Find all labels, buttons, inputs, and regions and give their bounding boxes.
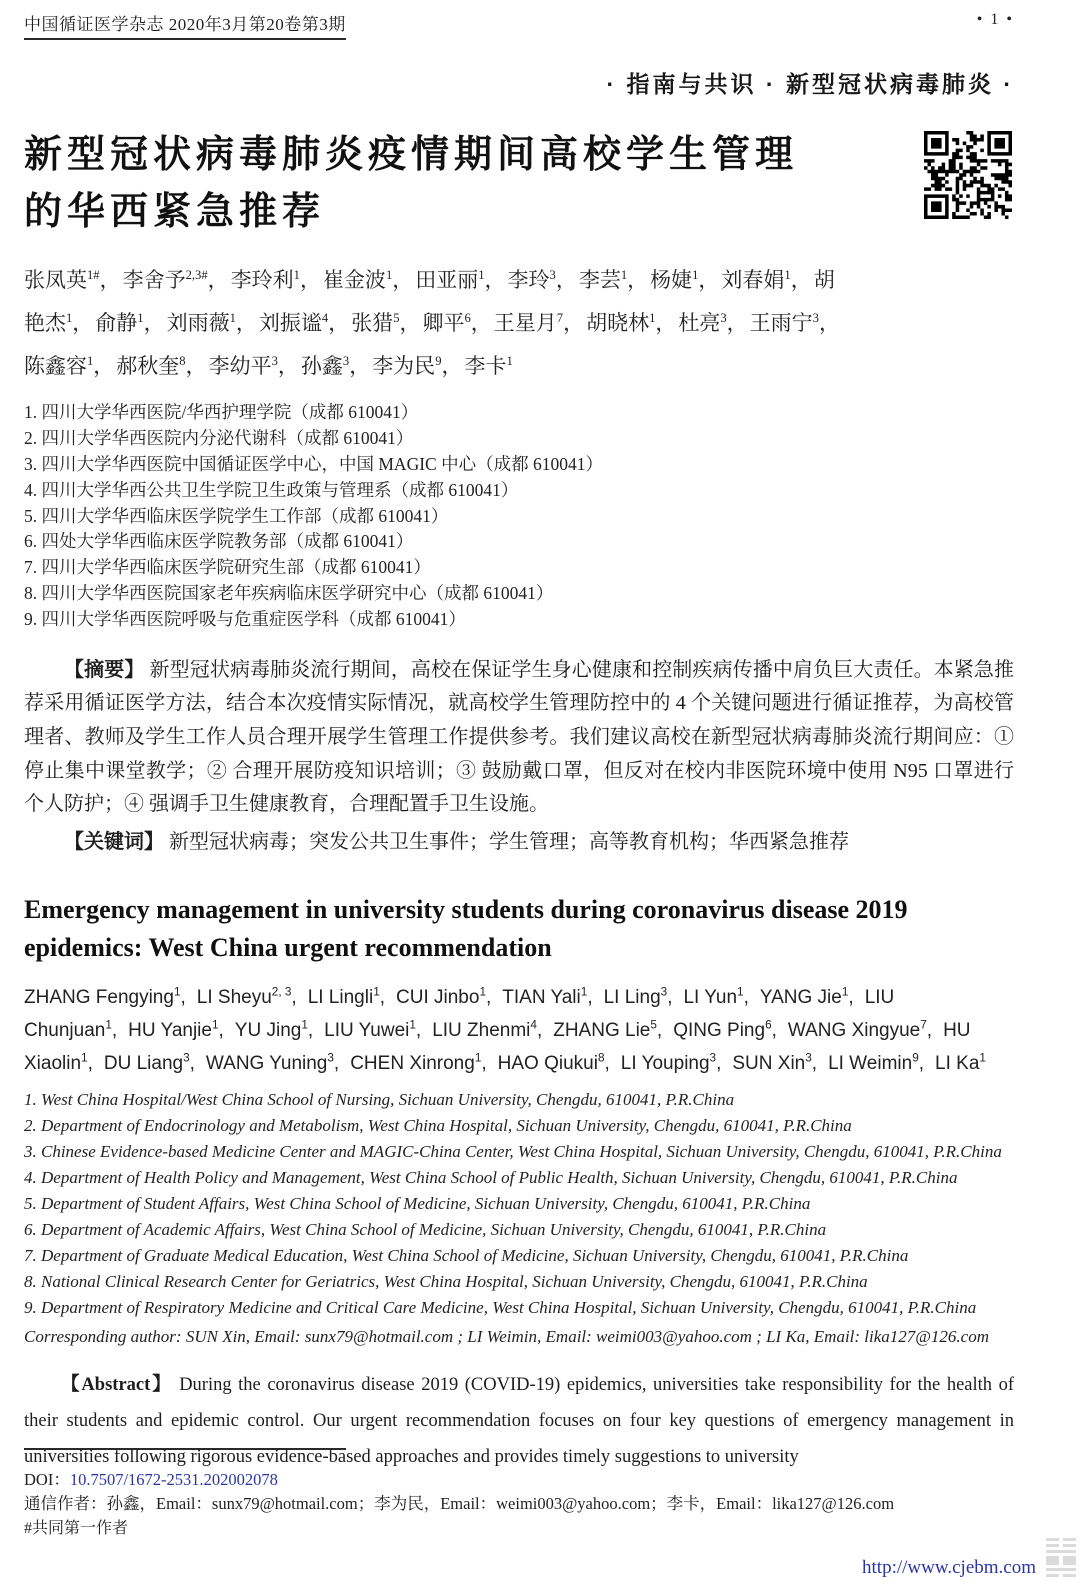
author-name: LI Youping3, <box>621 1053 733 1074</box>
author-name: CUI Jinbo1, <box>396 987 502 1008</box>
author-name: LI Sheyu2, 3, <box>197 987 308 1008</box>
author-name: 杜亮3， <box>678 311 749 335</box>
affiliation-item-en: 9. Department of Respiratory Medicine an… <box>24 1296 1014 1321</box>
author-name: ZHANG Fengying1, <box>24 987 197 1008</box>
affiliation-item-en: 7. Department of Graduate Medical Educat… <box>24 1244 1014 1269</box>
abstract-cn: 【摘要】 新型冠状病毒肺炎流行期间，高校在保证学生身心健康和控制疾病传播中肩负巨… <box>24 654 1014 822</box>
author-name: 张猎5， <box>351 311 422 335</box>
author-name: LIU Zhenmi4, <box>432 1020 553 1041</box>
affiliation-item-en: 6. Department of Academic Affairs, West … <box>24 1218 1014 1243</box>
author-name: CHEN Xinrong1, <box>350 1053 497 1074</box>
affiliation-item: 9. 四川大学华西医院呼吸与危重症医学科（成都 610041） <box>24 607 1014 632</box>
author-name: QING Ping6, <box>673 1020 788 1041</box>
author-name: HAO Qiukui8, <box>498 1053 621 1074</box>
affiliation-item: 5. 四川大学华西临床医学院学生工作部（成都 610041） <box>24 504 1014 529</box>
author-name: LI Lingli1, <box>308 987 396 1008</box>
journal-seal-watermark-icon <box>1044 1536 1078 1585</box>
author-name: 李舍予2,3#， <box>123 268 231 292</box>
author-name: 刘春娟1， <box>721 268 813 292</box>
author-name: 俞静1， <box>95 311 166 335</box>
journal-name: 中国循证医学杂志 2020年3月第20卷第3期 <box>24 10 346 40</box>
affiliation-item-en: 5. Department of Student Affairs, West C… <box>24 1192 1014 1217</box>
author-name: 李玲利1， <box>231 268 323 292</box>
abstract-label-cn: 【摘要】 <box>64 659 144 681</box>
author-name: TIAN Yali1, <box>502 987 603 1008</box>
corresponding-line-cn: 通信作者：孙鑫，Email：sunx79@hotmail.com；李为民，Ema… <box>24 1492 1014 1517</box>
footnotes: DOI：10.7507/1672-2531.202002078 通信作者：孙鑫，… <box>24 1448 1014 1542</box>
keywords-cn: 【关键词】 新型冠状病毒；突发公共卫生事件；学生管理；高等教育机构；华西紧急推荐 <box>24 826 1014 860</box>
doi-line: DOI：10.7507/1672-2531.202002078 <box>24 1468 1014 1493</box>
author-name: 刘雨薇1， <box>167 311 259 335</box>
article-title-cn: 新型冠状病毒肺炎疫情期间高校学生管理的华西紧急推荐 <box>24 127 804 241</box>
affiliations-en: 1. West China Hospital/West China School… <box>24 1088 1014 1321</box>
page-number: • 1 • <box>977 10 1014 29</box>
author-name: 李芸1， <box>579 268 650 292</box>
author-name: 卿平6， <box>422 311 493 335</box>
author-name: LI Ka1 <box>935 1053 986 1074</box>
author-name: 郝秋奎8， <box>116 354 208 378</box>
author-name: 李卡1 <box>464 354 512 378</box>
journal-website-link[interactable]: http://www.cjebm.com <box>862 1557 1036 1579</box>
author-name: 胡晓林1， <box>586 311 678 335</box>
keywords-label-cn: 【关键词】 <box>64 831 164 853</box>
affiliation-item-en: 2. Department of Endocrinology and Metab… <box>24 1114 1014 1139</box>
author-name: WANG Xingyue7, <box>788 1020 943 1041</box>
author-name: LI Weimin9, <box>828 1053 935 1074</box>
author-name: 田亚丽1， <box>415 268 507 292</box>
author-name: 杨婕1， <box>650 268 721 292</box>
affiliation-item: 2. 四川大学华西医院内分泌代谢科（成都 610041） <box>24 426 1014 451</box>
affiliation-item: 6. 四处大学华西临床医学院教务部（成都 610041） <box>24 529 1014 554</box>
affiliation-item: 3. 四川大学华西医院中国循证医学中心，中国 MAGIC 中心（成都 61004… <box>24 452 1014 477</box>
qr-code-icon <box>924 131 1012 219</box>
author-name: LIU Yuwei1, <box>324 1020 432 1041</box>
affiliation-item-en: 3. Chinese Evidence-based Medicine Cente… <box>24 1140 1014 1165</box>
affiliation-item: 7. 四川大学华西临床医学院研究生部（成都 610041） <box>24 555 1014 580</box>
article-title-en: Emergency management in university stude… <box>24 891 954 966</box>
affiliation-item-en: 4. Department of Health Policy and Manag… <box>24 1166 1014 1191</box>
abstract-label-en: 【Abstract】 <box>61 1375 173 1395</box>
keywords-text-cn: 新型冠状病毒；突发公共卫生事件；学生管理；高等教育机构；华西紧急推荐 <box>164 831 849 853</box>
affiliation-item-en: 8. National Clinical Research Center for… <box>24 1270 1014 1295</box>
authors-cn: 张凤英1#，李舍予2,3#，李玲利1，崔金波1，田亚丽1，李玲3，李芸1，杨婕1… <box>24 259 854 388</box>
footnote-divider <box>24 1448 346 1450</box>
section-label: · 指南与共识 · 新型冠状病毒肺炎 · <box>24 66 1014 99</box>
doi-link[interactable]: 10.7507/1672-2531.202002078 <box>70 1470 278 1489</box>
author-name: 陈鑫容1， <box>24 354 116 378</box>
doi-label: DOI： <box>24 1470 70 1489</box>
author-name: YANG Jie1, <box>760 987 865 1008</box>
author-name: 李玲3， <box>508 268 579 292</box>
page-header: 中国循证医学杂志 2020年3月第20卷第3期 • 1 • <box>24 10 1014 40</box>
abstract-text-cn: 新型冠状病毒肺炎流行期间，高校在保证学生身心健康和控制疾病传播中肩负巨大责任。本… <box>24 659 1014 815</box>
journal-page: 中国循证医学杂志 2020年3月第20卷第3期 • 1 • · 指南与共识 · … <box>0 0 1080 1587</box>
author-name: LI Yun1, <box>683 987 759 1008</box>
author-name: LI Ling3, <box>604 987 684 1008</box>
author-name: YU Jing1, <box>235 1020 324 1041</box>
affiliation-item: 8. 四川大学华西医院国家老年疾病临床医学研究中心（成都 610041） <box>24 581 1014 606</box>
author-name: 张凤英1#， <box>24 268 123 292</box>
corresponding-author-en: Corresponding author: SUN Xin, Email: su… <box>24 1327 1014 1347</box>
author-name: ZHANG Lie5, <box>553 1020 673 1041</box>
author-name: 李为民9， <box>372 354 464 378</box>
author-name: HU Yanjie1, <box>128 1020 235 1041</box>
author-name: 李幼平3， <box>209 354 301 378</box>
author-name: SUN Xin3, <box>732 1053 828 1074</box>
affiliation-item: 1. 四川大学华西医院/华西护理学院（成都 610041） <box>24 400 1014 425</box>
author-name: 孙鑫3， <box>301 354 372 378</box>
affiliations-cn: 1. 四川大学华西医院/华西护理学院（成都 610041）2. 四川大学华西医院… <box>24 400 1014 632</box>
authors-en: ZHANG Fengying1,LI Sheyu2, 3,LI Lingli1,… <box>24 981 1004 1081</box>
affiliation-item: 4. 四川大学华西公共卫生学院卫生政策与管理系（成都 610041） <box>24 478 1014 503</box>
co-first-author-note: #共同第一作者 <box>24 1517 1014 1541</box>
author-name: 王星月7， <box>494 311 586 335</box>
author-name: 王雨宁3， <box>750 311 842 335</box>
title-row: 新型冠状病毒肺炎疫情期间高校学生管理的华西紧急推荐 <box>24 127 1014 241</box>
author-name: 刘振谧4， <box>259 311 351 335</box>
author-name: WANG Yuning3, <box>206 1053 350 1074</box>
author-name: 崔金波1， <box>323 268 415 292</box>
affiliation-item-en: 1. West China Hospital/West China School… <box>24 1088 1014 1113</box>
author-name: DU Liang3, <box>104 1053 206 1074</box>
